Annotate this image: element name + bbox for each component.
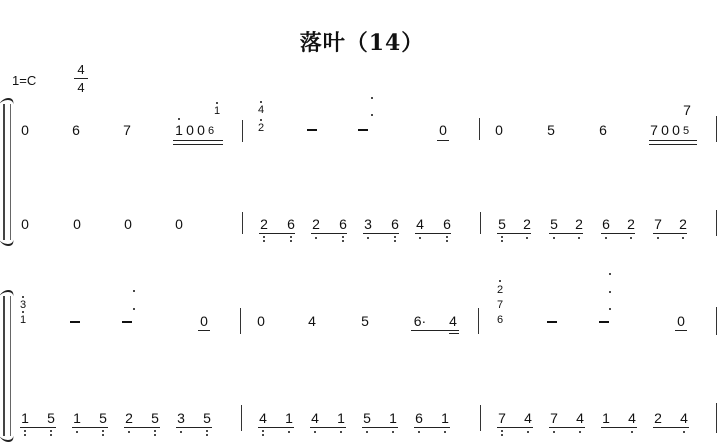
note: 2 (624, 216, 638, 232)
note: 4 (573, 410, 587, 426)
note: 2 (520, 216, 534, 232)
low-octave-dot (342, 236, 344, 238)
barline (716, 403, 717, 433)
barline (716, 210, 717, 236)
note: 0 (492, 122, 506, 138)
staccato-dot (609, 308, 611, 310)
score-title: 落叶（14） (0, 26, 724, 57)
low-octave-dot (76, 431, 78, 433)
note: 1 (70, 410, 84, 426)
note: 6 (69, 122, 83, 138)
sustain-dash (599, 321, 609, 323)
low-octave-dot (683, 431, 685, 433)
note: 6 (336, 216, 350, 232)
underline-beam (649, 140, 697, 141)
underline-beam (198, 330, 210, 331)
note: 7 (547, 410, 561, 426)
time-signature-top: 4 (74, 62, 88, 77)
low-octave-dot (154, 430, 156, 432)
low-octave-dot (418, 431, 420, 433)
low-octave-dot (206, 434, 208, 436)
low-octave-dot (501, 434, 503, 436)
note: 1 (18, 314, 28, 326)
underline-beam (72, 427, 108, 428)
low-octave-dot (446, 236, 448, 238)
sustain-dash (547, 321, 557, 323)
note: 1 (334, 410, 348, 426)
underline-beam (173, 144, 223, 145)
underline-beam (549, 427, 585, 428)
low-octave-dot (342, 240, 344, 242)
note: 0 (18, 122, 32, 138)
chord-note: 1 (212, 105, 222, 117)
high-octave-dot (216, 102, 218, 104)
note: 6 (596, 122, 610, 138)
note: 4 (256, 410, 270, 426)
note: 6 (412, 410, 426, 426)
note: 1 (438, 410, 452, 426)
note: 7 (120, 122, 134, 138)
underline-beam (601, 233, 635, 234)
low-octave-dot (527, 431, 529, 433)
note: 6· (411, 313, 429, 329)
low-octave-dot (102, 430, 104, 432)
low-octave-dot (314, 431, 316, 433)
underline-beam (449, 333, 459, 334)
note: 0 (18, 216, 32, 232)
note: 1 (386, 410, 400, 426)
note: 5 (544, 122, 558, 138)
note: 0 (254, 313, 268, 329)
note: 2 (676, 216, 690, 232)
low-octave-dot (553, 431, 555, 433)
note: 1 (599, 410, 613, 426)
chord-note: 7 (495, 299, 505, 311)
low-octave-dot (394, 240, 396, 242)
barline (240, 308, 241, 334)
note: 4 (413, 216, 427, 232)
low-octave-dot (180, 431, 182, 433)
low-octave-dot (206, 430, 208, 432)
note: 4 (677, 410, 691, 426)
low-octave-dot (315, 237, 317, 239)
chord-note: 2 (495, 284, 505, 296)
staccato-dot (371, 97, 373, 99)
underline-beam (363, 233, 399, 234)
underline-beam (415, 233, 451, 234)
chord-note: 3 (18, 299, 28, 311)
low-octave-dot (605, 237, 607, 239)
note: 3 (174, 410, 188, 426)
chord-note: 4 (256, 104, 266, 116)
note: 5 (360, 410, 374, 426)
note: 0 (172, 216, 186, 232)
barline (241, 405, 242, 431)
note: 4 (308, 410, 322, 426)
low-octave-dot (340, 431, 342, 433)
note: 6 (495, 314, 505, 326)
time-signature: 4 4 (74, 62, 88, 95)
staccato-dot (609, 273, 611, 275)
sustain-dash (358, 129, 368, 131)
note: 2 (256, 122, 266, 134)
chord-note: 7 (680, 102, 694, 118)
low-octave-dot (263, 236, 265, 238)
underline-beam (176, 427, 212, 428)
underline-beam (414, 427, 450, 428)
underline-beam (259, 233, 295, 234)
low-octave-dot (631, 431, 633, 433)
low-octave-dot (630, 237, 632, 239)
underline-beam (601, 427, 637, 428)
underline-beam (173, 140, 223, 141)
note: 4 (521, 410, 535, 426)
note: 0 (70, 216, 84, 232)
low-octave-dot (657, 237, 659, 239)
note: 7 (651, 216, 665, 232)
system-brace (3, 296, 11, 436)
sustain-dash (70, 321, 80, 323)
underline-beam (311, 233, 347, 234)
note: 6 (440, 216, 454, 232)
low-octave-dot (501, 240, 503, 242)
high-octave-dot (260, 119, 262, 121)
low-octave-dot (263, 240, 265, 242)
low-octave-dot (553, 237, 555, 239)
note: 1 (18, 410, 32, 426)
low-octave-dot (102, 434, 104, 436)
key-signature: 1=C (12, 73, 36, 88)
low-octave-dot (128, 431, 130, 433)
barline (716, 307, 717, 335)
low-octave-dot (290, 236, 292, 238)
note: 5 (148, 410, 162, 426)
underline-beam (20, 427, 56, 428)
staccato-dot (133, 290, 135, 292)
underline-beam (310, 427, 346, 428)
low-octave-dot (578, 237, 580, 239)
low-octave-dot (501, 430, 503, 432)
note: 2 (309, 216, 323, 232)
low-octave-dot (444, 431, 446, 433)
underline-beam (649, 144, 697, 145)
low-octave-dot (288, 431, 290, 433)
low-octave-dot (446, 240, 448, 242)
underline-beam (497, 233, 531, 234)
high-octave-dot (22, 296, 24, 298)
note: 5 (495, 216, 509, 232)
low-octave-dot (367, 237, 369, 239)
note: 5 (681, 125, 691, 137)
note: 5 (96, 410, 110, 426)
underline-beam (653, 427, 689, 428)
low-octave-dot (154, 434, 156, 436)
high-octave-dot (260, 101, 262, 103)
note: 2 (572, 216, 586, 232)
underline-beam (411, 330, 459, 331)
note: 1 (282, 410, 296, 426)
time-signature-bottom: 4 (74, 80, 88, 95)
note: 0 (197, 313, 211, 329)
note: 6 (599, 216, 613, 232)
low-octave-dot (262, 430, 264, 432)
barline (479, 118, 480, 140)
note: 5 (358, 313, 372, 329)
note: 2 (257, 216, 271, 232)
barline (716, 116, 717, 142)
low-octave-dot (682, 237, 684, 239)
low-octave-dot (392, 431, 394, 433)
sustain-dash (122, 321, 132, 323)
low-octave-dot (262, 434, 264, 436)
system-brace (3, 104, 11, 240)
low-octave-dot (50, 430, 52, 432)
low-octave-dot (290, 240, 292, 242)
note: 6 (206, 125, 216, 137)
low-octave-dot (501, 236, 503, 238)
note: 0 (674, 313, 688, 329)
time-signature-bar (74, 78, 88, 79)
staccato-dot (371, 114, 373, 116)
low-octave-dot (526, 237, 528, 239)
note: 4 (625, 410, 639, 426)
underline-beam (258, 427, 294, 428)
underline-beam (497, 427, 533, 428)
barline (242, 120, 243, 142)
note: 3 (361, 216, 375, 232)
low-octave-dot (24, 430, 26, 432)
sustain-dash (307, 129, 317, 131)
underline-beam (362, 427, 398, 428)
note: 6 (388, 216, 402, 232)
note: 5 (44, 410, 58, 426)
note: 5 (547, 216, 561, 232)
underline-beam (653, 233, 687, 234)
note: 5 (200, 410, 214, 426)
low-octave-dot (419, 237, 421, 239)
underline-beam (124, 427, 160, 428)
low-octave-dot (50, 434, 52, 436)
low-octave-dot (24, 434, 26, 436)
barline (242, 212, 243, 234)
note: 2 (651, 410, 665, 426)
staccato-dot (133, 308, 135, 310)
low-octave-dot (579, 431, 581, 433)
high-octave-dot (499, 280, 501, 282)
high-octave-dot (178, 118, 180, 120)
barline (480, 405, 481, 431)
underline-beam (675, 330, 687, 331)
underline-beam (437, 140, 449, 141)
high-octave-dot (22, 311, 24, 313)
note: 4 (305, 313, 319, 329)
note: 4 (446, 313, 460, 329)
underline-beam (549, 233, 583, 234)
low-octave-dot (366, 431, 368, 433)
note: 0 (436, 122, 450, 138)
note: 2 (122, 410, 136, 426)
note: 0 (121, 216, 135, 232)
staccato-dot (609, 291, 611, 293)
low-octave-dot (394, 236, 396, 238)
note: 6 (284, 216, 298, 232)
note: 7 (495, 410, 509, 426)
barline (478, 308, 479, 334)
barline (480, 212, 481, 234)
